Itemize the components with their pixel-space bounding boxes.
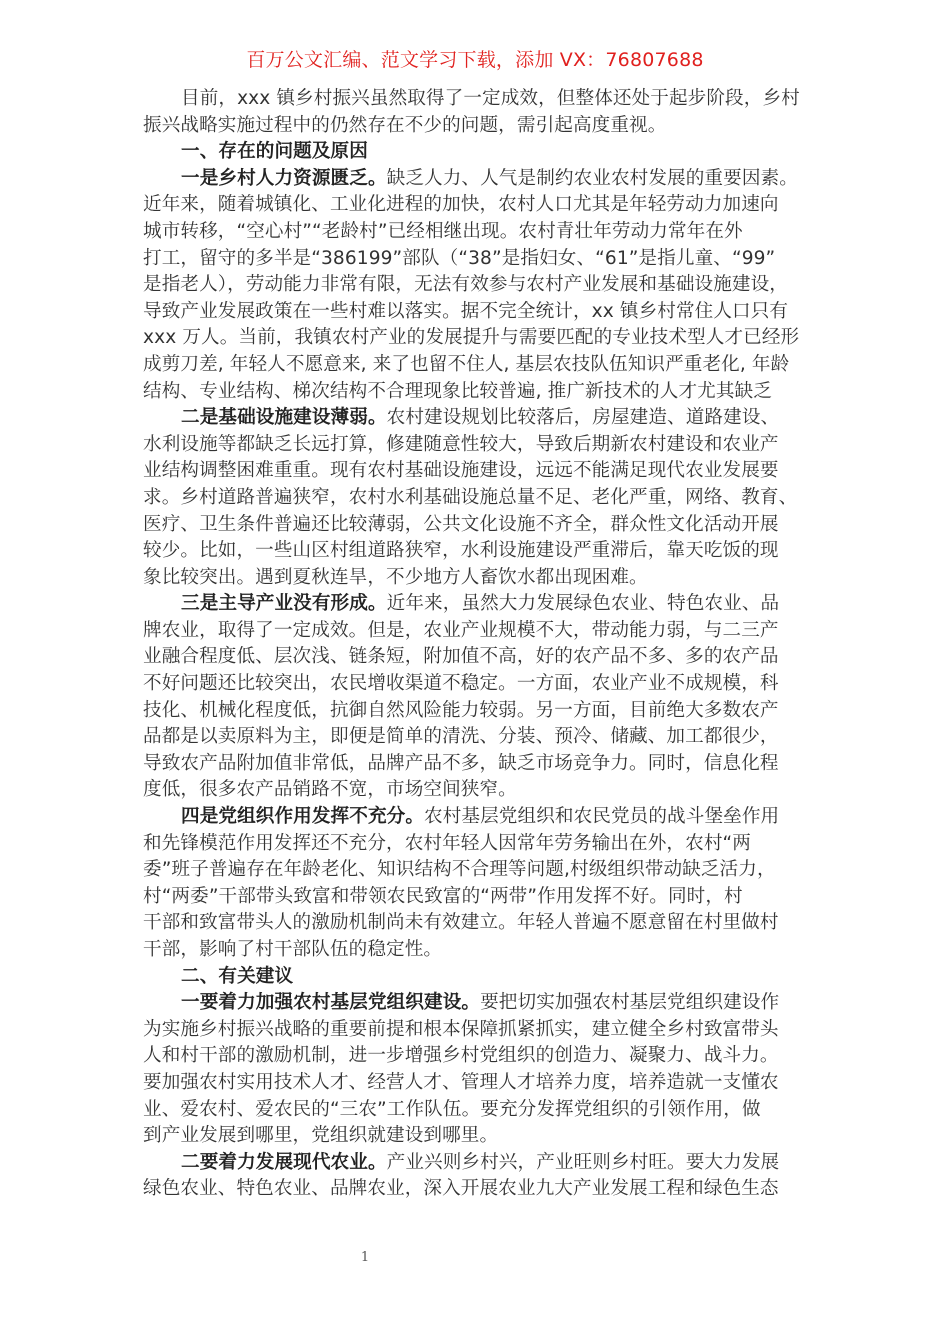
- text-line: 导致农产品附加值非常低，品牌产品不多，缺乏市场竞争力。同时，信息化程: [143, 751, 813, 778]
- paragraph-talent-shortage: 一是乡村人力资源匮乏。缺乏人力、人气是制约农业农村发展的重要因素。 近年来，随着…: [143, 166, 813, 405]
- text-line: 象比较突出。遇到夏秋连旱，不少地方人畜饮水都出现困难。: [143, 565, 813, 592]
- text-line: 要加强农村实用技术人才、经营人才、管理人才培养力度，培养造就一支懂农: [143, 1070, 813, 1097]
- paragraph-lead: 一要着力加强农村基层党组织建设。: [181, 992, 480, 1013]
- paragraph-lead: 一是乡村人力资源匮乏。: [181, 168, 387, 189]
- paragraph-lead: 三是主导产业没有形成。: [181, 593, 387, 614]
- paragraph-lead: 二是基础设施建设薄弱。: [181, 407, 387, 428]
- text-line: 导致产业发展政策在一些村难以落实。据不完全统计，xx 镇乡村常住人口只有: [143, 299, 813, 326]
- text-line: 度低，很多农产品销路不宽，市场空间狭窄。: [143, 777, 813, 804]
- text-line: 医疗、卫生条件普遍还比较薄弱，公共文化设施不齐全，群众性文化活动开展: [143, 512, 813, 539]
- section-heading-problems: 一、存在的问题及原因: [143, 139, 813, 166]
- text-line: 村“两委”干部带头致富和带领农民致富的“两带”作用发挥不好。同时，村: [143, 884, 813, 911]
- text-line: 水利设施等都缺乏长远打算，修建随意性较大，导致后期新农村建设和农业产: [143, 432, 813, 459]
- text-line: 不好问题还比较突出，农民增收渠道不稳定。一方面，农业产业不成规模，科: [143, 671, 813, 698]
- paragraph-first-line: 一要着力加强农村基层党组织建设。要把切实加强农村基层党组织建设作: [143, 990, 813, 1017]
- paragraph-text: 缺乏人力、人气是制约农业农村发展的重要因素。: [387, 168, 798, 189]
- document-body: 目前，xxx 镇乡村振兴虽然取得了一定成效，但整体还处于起步阶段，乡村 振兴战略…: [143, 86, 813, 1203]
- text-line: 业结构调整困难重重。现有农村基础设施建设，远远不能满足现代农业发展要: [143, 458, 813, 485]
- paragraph-modern-agriculture: 二要着力发展现代农业。产业兴则乡村兴，产业旺则乡村旺。要大力发展 绿色农业、特色…: [143, 1150, 813, 1203]
- paragraph-first-line: 三是主导产业没有形成。近年来，虽然大力发展绿色农业、特色农业、品: [143, 591, 813, 618]
- text-line: 品都是以卖原料为主，即便是简单的清洗、分装、预冷、储藏、加工都很少，: [143, 724, 813, 751]
- text-line: 委”班子普遍存在年龄老化、知识结构不合理等问题,村级组织带动缺乏活力，: [143, 857, 813, 884]
- paragraph-lead: 二要着力发展现代农业。: [181, 1152, 387, 1173]
- text-line: 结构、专业结构、梯次结构不合理现象比较普遍, 推广新技术的人才尤其缺乏: [143, 379, 813, 406]
- paragraph-infrastructure: 二是基础设施建设薄弱。农村建设规划比较落后，房屋建造、道路建设、 水利设施等都缺…: [143, 405, 813, 591]
- paragraph-text: 产业兴则乡村兴，产业旺则乡村旺。要大力发展: [387, 1152, 780, 1173]
- paragraph-first-line: 四是党组织作用发挥不充分。农村基层党组织和农民党员的战斗堡垒作用: [143, 804, 813, 831]
- paragraph-strengthen-party: 一要着力加强农村基层党组织建设。要把切实加强农村基层党组织建设作 为实施乡村振兴…: [143, 990, 813, 1150]
- text-line: 较少。比如，一些山区村组道路狭窄，水利设施建设严重滞后，靠天吃饭的现: [143, 538, 813, 565]
- text-line: 为实施乡村振兴战略的重要前提和根本保障抓紧抓实，建立健全乡村致富带头: [143, 1017, 813, 1044]
- text-line: 人和村干部的激励机制，进一步增强乡村党组织的创造力、凝聚力、战斗力。: [143, 1043, 813, 1070]
- text-line: 求。乡村道路普遍狭窄，农村水利基础设施总量不足、老化严重，网络、教育、: [143, 485, 813, 512]
- paragraph-party-organization: 四是党组织作用发挥不充分。农村基层党组织和农民党员的战斗堡垒作用 和先锋模范作用…: [143, 804, 813, 964]
- text-line: 打工，留守的多半是“386199”部队（“38”是指妇女、“61”是指儿童、“9…: [143, 246, 813, 273]
- text-line: 业融合程度低、层次浅、链条短，附加值不高，好的农产品不多、多的农产品: [143, 644, 813, 671]
- text-line: 绿色农业、特色农业、品牌农业，深入开展农业九大产业发展工程和绿色生态: [143, 1176, 813, 1203]
- paragraph-lead: 四是党组织作用发挥不充分。: [181, 806, 424, 827]
- section-heading-suggestions: 二、有关建议: [143, 964, 813, 991]
- paragraph-leading-industry: 三是主导产业没有形成。近年来，虽然大力发展绿色农业、特色农业、品 牌农业，取得了…: [143, 591, 813, 804]
- page-number: 1: [0, 1250, 730, 1265]
- text-line: 近年来，随着城镇化、工业化进程的加快，农村人口尤其是年轻劳动力加速向: [143, 192, 813, 219]
- text-line: 振兴战略实施过程中的仍然存在不少的问题，需引起高度重视。: [143, 113, 813, 140]
- text-line: 干部和致富带头人的激励机制尚未有效建立。年轻人普遍不愿意留在村里做村: [143, 910, 813, 937]
- text-line: 目前，xxx 镇乡村振兴虽然取得了一定成效，但整体还处于起步阶段，乡村: [143, 86, 813, 113]
- text-line: 是指老人），劳动能力非常有限，无法有效参与农村产业发展和基础设施建设，: [143, 272, 813, 299]
- text-line: xxx 万人。当前，我镇农村产业的发展提升与需要匹配的专业技术型人才已经形: [143, 325, 813, 352]
- paragraph-text: 农村建设规划比较落后，房屋建造、道路建设、: [387, 407, 780, 428]
- paragraph-first-line: 一是乡村人力资源匮乏。缺乏人力、人气是制约农业农村发展的重要因素。: [143, 166, 813, 193]
- text-line: 城市转移，“空心村”“老龄村”已经相继出现。农村青壮年劳动力常年在外: [143, 219, 813, 246]
- intro-paragraph: 目前，xxx 镇乡村振兴虽然取得了一定成效，但整体还处于起步阶段，乡村 振兴战略…: [143, 86, 813, 139]
- paragraph-text: 近年来，虽然大力发展绿色农业、特色农业、品: [387, 593, 780, 614]
- text-line: 技化、机械化程度低，抗御自然风险能力较弱。另一方面，目前绝大多数农产: [143, 698, 813, 725]
- paragraph-first-line: 二要着力发展现代农业。产业兴则乡村兴，产业旺则乡村旺。要大力发展: [143, 1150, 813, 1177]
- paragraph-text: 要把切实加强农村基层党组织建设作: [480, 992, 779, 1013]
- text-line: 和先锋模范作用发挥还不充分，农村年轻人因常年劳务输出在外，农村“两: [143, 831, 813, 858]
- text-line: 干部，影响了村干部队伍的稳定性。: [143, 937, 813, 964]
- text-line: 牌农业，取得了一定成效。但是，农业产业规模不大，带动能力弱，与二三产: [143, 618, 813, 645]
- text-line: 业、爱农村、爱农民的“三农”工作队伍。要充分发挥党组织的引领作用，做: [143, 1097, 813, 1124]
- text-line: 到产业发展到哪里，党组织就建设到哪里。: [143, 1123, 813, 1150]
- download-banner: 百万公文汇编、范文学习下载，添加 VX：76807688: [0, 47, 950, 73]
- paragraph-text: 农村基层党组织和农民党员的战斗堡垒作用: [424, 806, 779, 827]
- paragraph-first-line: 二是基础设施建设薄弱。农村建设规划比较落后，房屋建造、道路建设、: [143, 405, 813, 432]
- text-line: 成剪刀差, 年轻人不愿意来, 来了也留不住人, 基层农技队伍知识严重老化, 年龄: [143, 352, 813, 379]
